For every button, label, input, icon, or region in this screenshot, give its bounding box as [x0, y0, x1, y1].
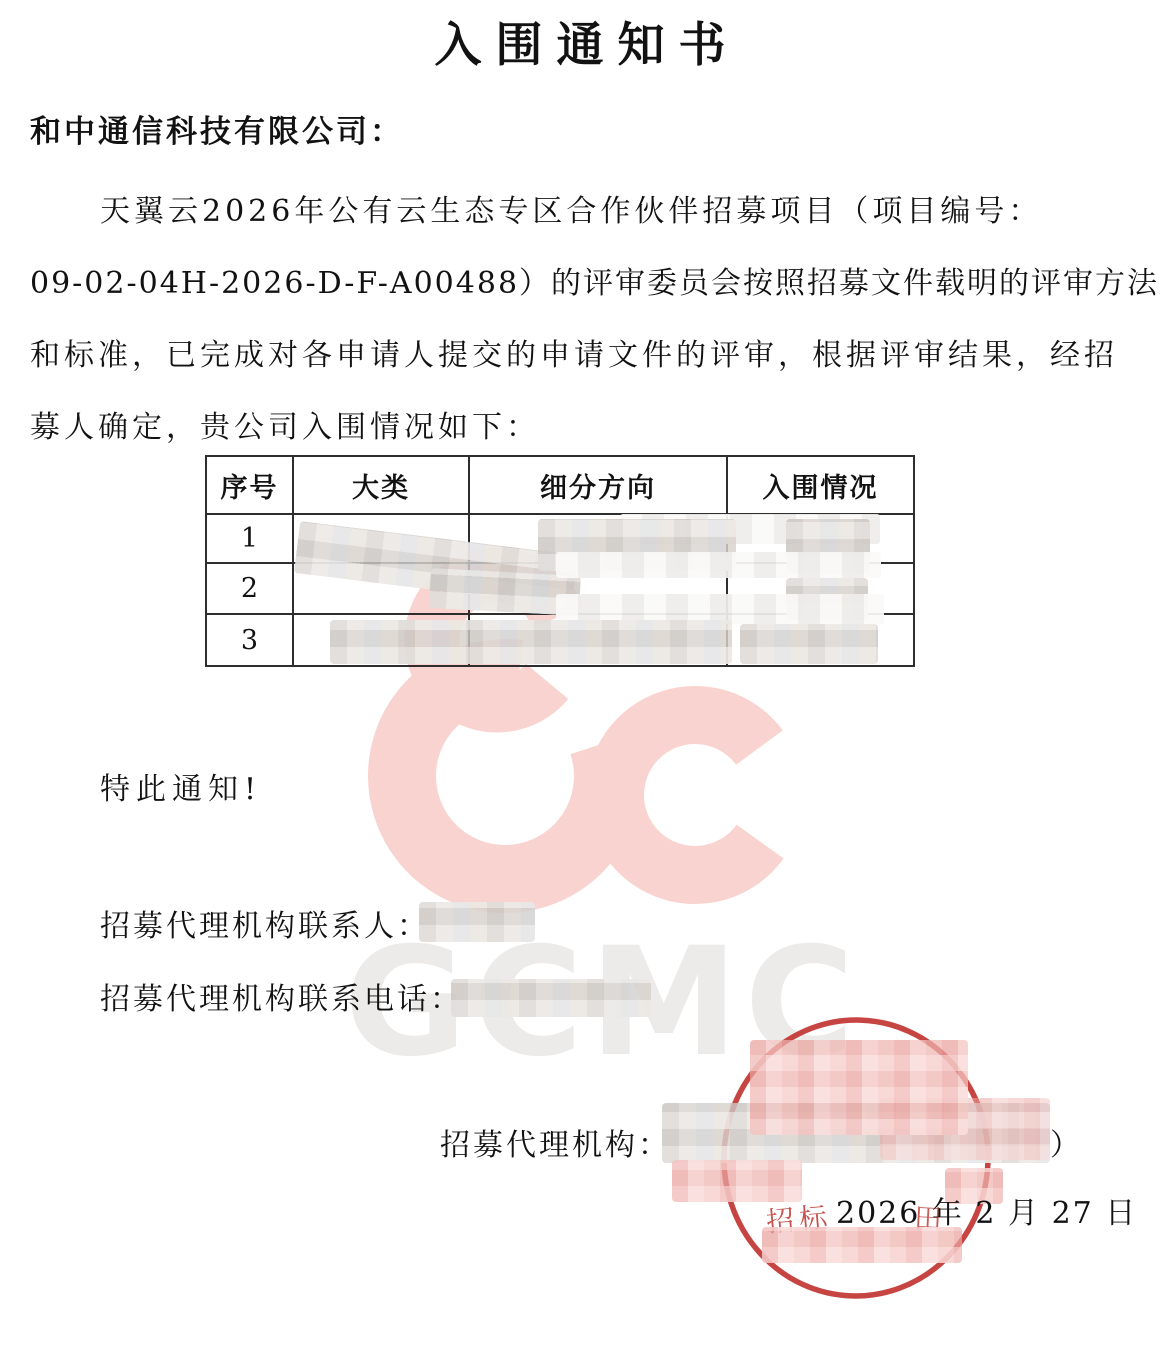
redaction-mosaic [750, 1040, 968, 1135]
body-line-2: 09-02-04H-2026-D-F-A00488）的评审委员会按照招募文件载明… [30, 258, 1159, 302]
contact-phone-label: 招募代理机构联系电话： [100, 974, 463, 1018]
redaction-mosaic [330, 620, 732, 664]
seq-cell: 1 [206, 514, 293, 563]
redaction-mosaic [451, 979, 651, 1017]
closing-paren: ） [1050, 1120, 1080, 1164]
addressee-line: 和中通信科技有限公司： [30, 106, 404, 151]
redaction-mosaic [672, 1160, 802, 1202]
col-header-shortlist-status: 入围情况 [727, 456, 914, 514]
redaction-mosaic [740, 624, 878, 664]
agency-label: 招募代理机构： [440, 1120, 671, 1164]
redaction-mosaic [419, 902, 535, 942]
document-date: 2026 年 2 月 27 日 [836, 1188, 1137, 1232]
notification-document: GCMC 招标 田 入围通知书 和中通信科技有限公司： 天翼云2026年公有云生… [0, 0, 1174, 1358]
contact-person-label: 招募代理机构联系人： [100, 901, 430, 945]
table-header-row: 序号 大类 细分方向 入围情况 [206, 456, 914, 514]
col-header-category: 大类 [293, 456, 469, 514]
redaction-mosaic [762, 1227, 962, 1263]
seq-cell: 3 [206, 614, 293, 666]
page-title: 入围通知书 [0, 8, 1174, 75]
seq-cell: 2 [206, 563, 293, 614]
body-line-3: 和标准，已完成对各申请人提交的申请文件的评审，根据评审结果，经招 [30, 330, 1118, 374]
col-header-subdivision: 细分方向 [469, 456, 727, 514]
redaction-mosaic [556, 552, 881, 578]
body-line-1: 天翼云2026年公有云生态专区合作伙伴招募项目（项目编号： [100, 186, 1042, 230]
col-header-seq: 序号 [206, 456, 293, 514]
notice-line: 特此通知! [100, 764, 262, 808]
body-line-4: 募人确定，贵公司入围情况如下： [30, 402, 540, 446]
